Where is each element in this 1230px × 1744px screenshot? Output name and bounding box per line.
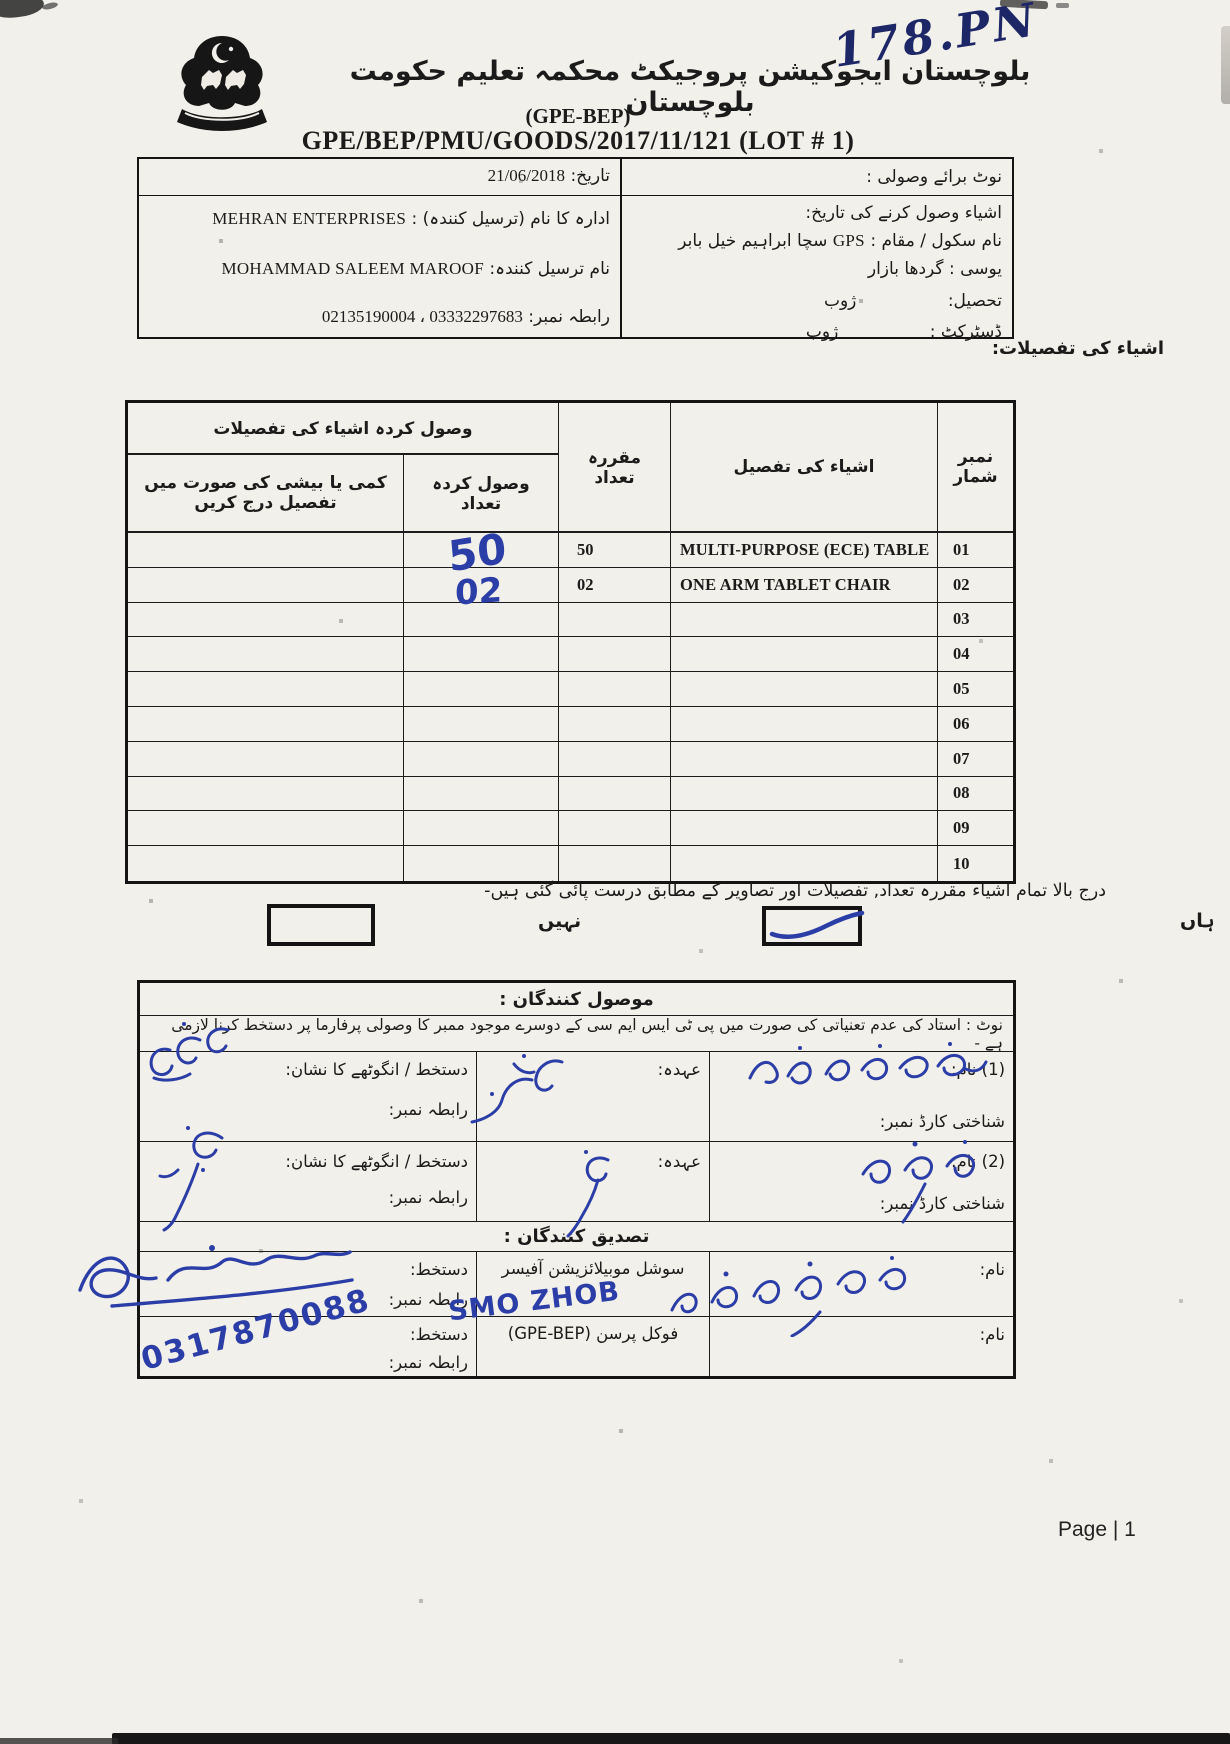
school-gps-label: GPS (833, 231, 865, 250)
supplier-contact-label: رابطہ نمبر: (528, 307, 610, 327)
sign-thumb-label: دستخط / انگوٹھے کا نشان: (285, 1152, 468, 1171)
cell-required-qty: 02 (559, 568, 671, 603)
tehsil-value: ژوب (824, 291, 856, 311)
cnic-label: شناختی کارڈ نمبر: (880, 1112, 1005, 1131)
receipt-info-table: تاریخ: 21/06/2018 نوٹ برائے وصولی : ادار… (137, 157, 1014, 339)
cell-discrepancy (128, 603, 404, 638)
cell-item-detail: ONE ARM TABLET CHAIR (671, 568, 938, 603)
cell-serial: 07 (938, 742, 1013, 777)
cell-item-detail (671, 811, 938, 846)
cell-discrepancy (128, 568, 404, 603)
date-cell: تاریخ: 21/06/2018 (139, 159, 622, 196)
cell-required-qty (559, 742, 671, 777)
scan-edge-bar (112, 1733, 1230, 1744)
cell-required-qty (559, 707, 671, 742)
receipt-note-cell: نوٹ برائے وصولی : (622, 159, 1012, 196)
cell-received-qty (404, 811, 559, 846)
cell-item-detail (671, 707, 938, 742)
cell-received-qty (404, 707, 559, 742)
cell-required-qty (559, 603, 671, 638)
tehsil-label: تحصیل: (948, 291, 1002, 311)
scan-smudge (42, 1, 59, 11)
no-checkbox (267, 904, 375, 946)
supplier-org-value: MEHRAN ENTERPRISES (212, 209, 406, 228)
cell-received-qty (404, 777, 559, 812)
yes-checkbox (762, 906, 862, 946)
district-value: ژوب (806, 322, 838, 342)
checkmark-icon (772, 913, 862, 937)
cell-required-qty (559, 777, 671, 812)
designation-label: عہدہ: (658, 1060, 701, 1079)
scan-smudge (0, 0, 45, 20)
cell-discrepancy (128, 637, 404, 672)
cell-item-detail (671, 637, 938, 672)
supplier-rep-label: نام ترسیل کنندہ: (489, 259, 610, 279)
cell-discrepancy (128, 707, 404, 742)
contact-label: رابطہ نمبر: (389, 1100, 468, 1119)
cell-serial: 09 (938, 811, 1013, 846)
sign-thumb-label: دستخط / انگوٹھے کا نشان: (285, 1060, 468, 1079)
cell-required-qty: 50 (559, 533, 671, 568)
goods-table: وصول کردہ اشیاء کی تفصیلات مقررہ تعداد ا… (125, 400, 1016, 884)
no-label: نہیں (538, 910, 581, 932)
supplier-rep-value: MOHAMMAD SALEEM MAROOF (221, 259, 484, 278)
goods-details-section-label: اشیاء کی تفصیلات: (992, 338, 1164, 359)
cell-received-qty (404, 637, 559, 672)
cell-discrepancy (128, 811, 404, 846)
recipient2-name-signature (845, 1140, 995, 1225)
uc-value: گردھا بازار (868, 259, 944, 279)
confirmation-note: درج بالا تمام اشیاء مقررہ تعداد, تفصیلات… (484, 881, 1106, 901)
cell-item-detail: MULTI-PURPOSE (ECE) TABLE (671, 533, 938, 568)
cell-serial: 05 (938, 672, 1013, 707)
receive-date-label: اشیاء وصول کرنے کی تاریخ: (805, 202, 1002, 223)
cell-discrepancy (128, 742, 404, 777)
school-info-cell: اشیاء وصول کرنے کی تاریخ: نام سکول / مقا… (622, 196, 1012, 337)
supplier-contact-value: 03332297683 ، 02135190004 (322, 307, 523, 326)
cell-item-detail (671, 672, 938, 707)
cell-serial: 02 (938, 568, 1013, 603)
recipient1-name-signature (740, 1040, 990, 1095)
cell-serial: 10 (938, 846, 1013, 881)
cell-received-qty (404, 742, 559, 777)
scan-smudge (1056, 3, 1069, 8)
cell-item-detail (671, 742, 938, 777)
school-value: سچا ابراہیم خیل بابر (678, 231, 827, 251)
cell-received-qty (404, 846, 559, 881)
verifier1-name-signature (660, 1252, 920, 1337)
date-label: تاریخ: (570, 166, 610, 186)
recipient1-thumb-signature (140, 1016, 240, 1086)
recipient2-thumb-signature (148, 1120, 248, 1235)
school-label: نام سکول / مقام : (870, 231, 1002, 251)
yes-label: ہاں (1180, 910, 1214, 932)
cell-required-qty (559, 811, 671, 846)
uc-label: یوسی : (949, 259, 1002, 279)
header-received-qty: وصول کردہ تعداد (404, 455, 559, 533)
header-received-details: وصول کردہ اشیاء کی تفصیلات (128, 403, 559, 455)
handwritten-received-qty-row2: 02 (455, 570, 502, 613)
cell-serial: 04 (938, 637, 1013, 672)
sign-label: دستخط: (410, 1325, 468, 1344)
receipt-note-label: نوٹ برائے وصولی : (866, 166, 1002, 187)
header-discrepancy: کمی یا بیشی کی صورت میں تفصیل درج کریں (128, 455, 404, 533)
contact-label: رابطہ نمبر: (389, 1353, 468, 1372)
designation-label: عہدہ: (658, 1152, 701, 1171)
recipient1-designation-signature (462, 1050, 577, 1130)
cell-required-qty (559, 672, 671, 707)
scan-noise (0, 0, 2, 2)
document-reference-number: GPE/BEP/PMU/GOODS/2017/11/121 (LOT # 1) (0, 126, 1156, 156)
page-number: Page | 1 (1058, 1518, 1136, 1542)
cell-item-detail (671, 846, 938, 881)
cell-serial: 03 (938, 603, 1013, 638)
cell-discrepancy (128, 533, 404, 568)
cell-received-qty (404, 672, 559, 707)
cell-discrepancy (128, 672, 404, 707)
cell-serial: 06 (938, 707, 1013, 742)
scan-edge-bar (0, 1738, 118, 1744)
name-label: نام: (980, 1260, 1005, 1279)
header-serial: نمبر شمار (938, 403, 1013, 533)
cell-discrepancy (128, 777, 404, 812)
header-required-qty: مقررہ تعداد (559, 403, 671, 533)
cell-discrepancy (128, 846, 404, 881)
scan-smudge (1221, 26, 1230, 104)
header-item-detail: اشیاء کی تفصیل (671, 403, 938, 533)
contact-label: رابطہ نمبر: (389, 1188, 468, 1207)
cell-serial: 01 (938, 533, 1013, 568)
name-label: نام: (980, 1325, 1005, 1344)
date-value: 21/06/2018 (488, 166, 565, 185)
recipients-title: موصول کنندگان : (140, 983, 1013, 1015)
cell-required-qty (559, 846, 671, 881)
supplier-org-label: ادارہ کا نام (ترسیل کنندہ) : (411, 209, 610, 229)
scanned-goods-receipt-form: 178.PN بلوچستان ایجوکیشن پروجیکٹ محکمہ ت… (0, 0, 1230, 1744)
cell-serial: 08 (938, 777, 1013, 812)
cell-item-detail (671, 777, 938, 812)
sign-label: دستخط: (410, 1260, 468, 1279)
cell-item-detail (671, 603, 938, 638)
supplier-info-cell: ادارہ کا نام (ترسیل کنندہ) : MEHRAN ENTE… (139, 196, 622, 337)
recipient2-designation-signature (558, 1146, 628, 1241)
cell-required-qty (559, 637, 671, 672)
